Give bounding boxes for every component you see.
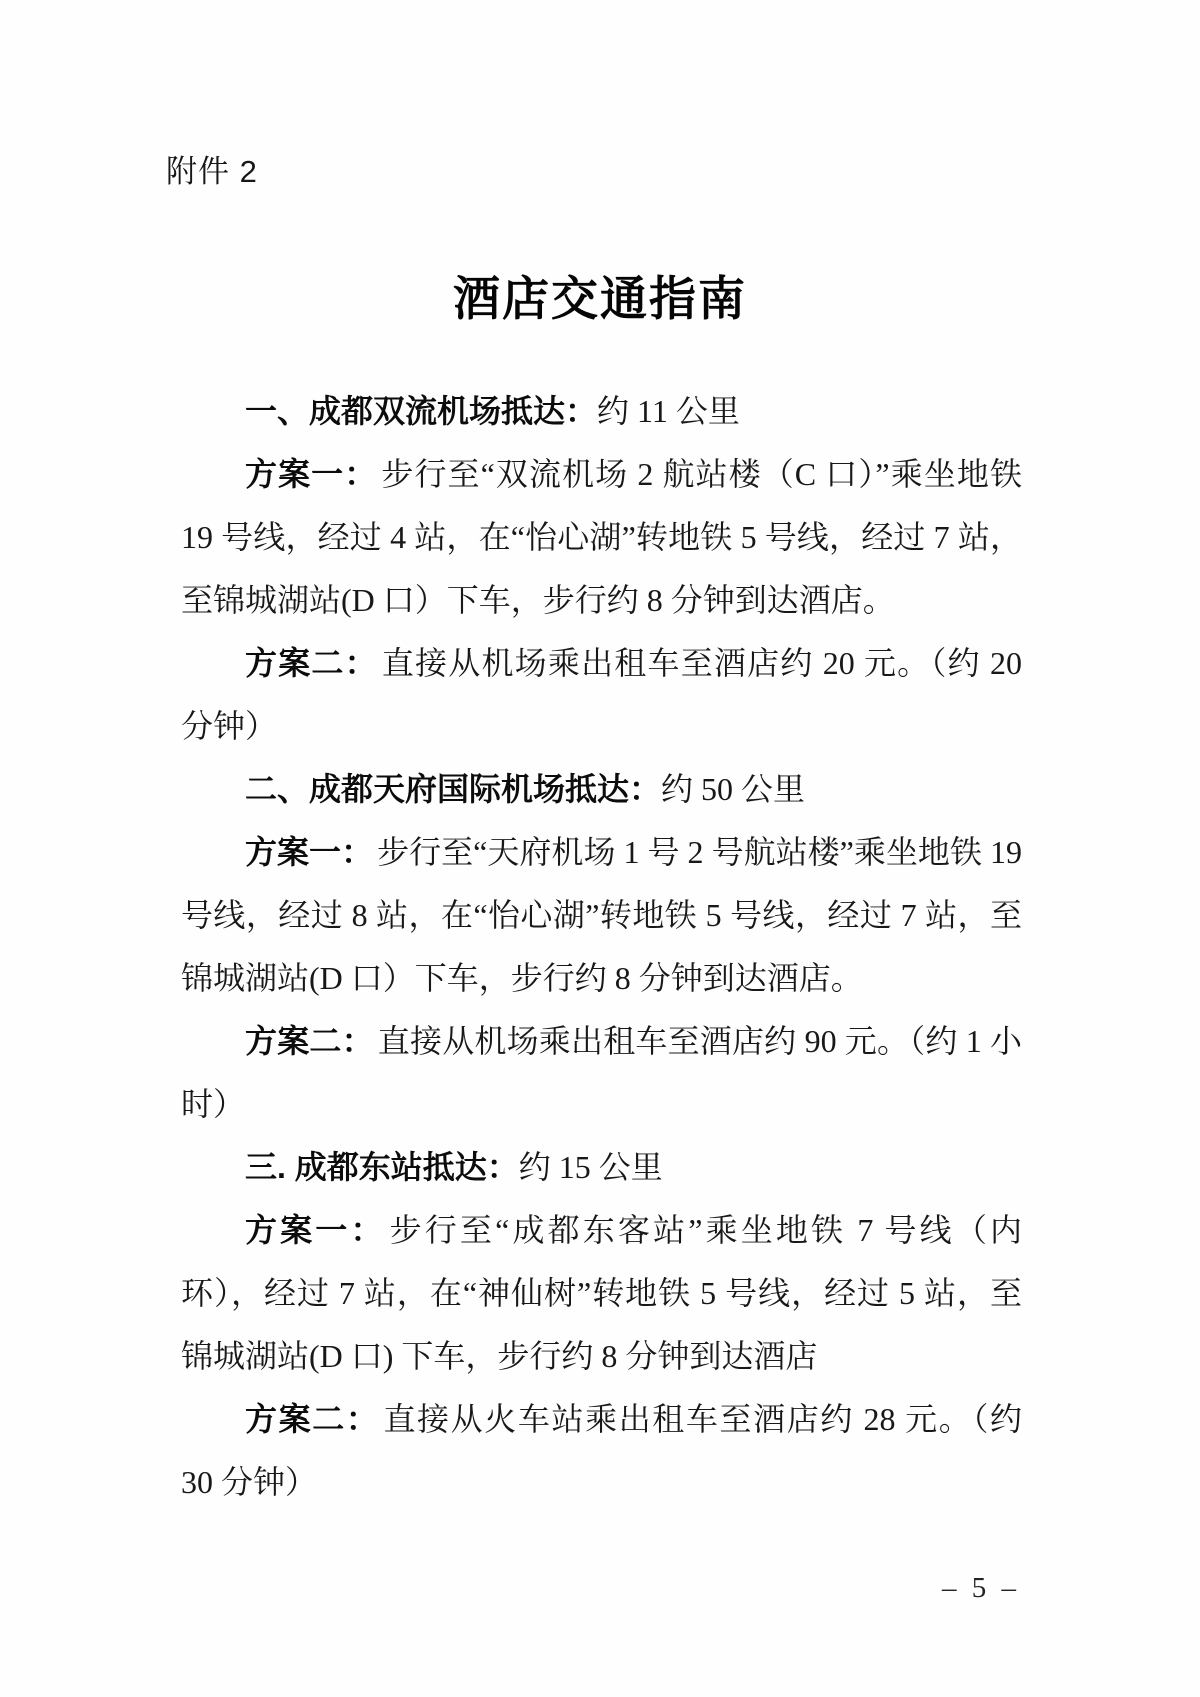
plan-paragraph: 方案二：直接从机场乘出租车至酒店约 90 元。（约 1 小时） [181, 1010, 1022, 1136]
plan-label: 方案一： [245, 456, 381, 492]
plan-label: 方案一： [245, 834, 377, 870]
section-heading-distance: 约 11 公里 [597, 393, 740, 429]
section-heading-title: 三. 成都东站抵达： [245, 1149, 519, 1185]
section-tianfu-airport: 二、成都天府国际机场抵达：约 50 公里 方案一：步行至“天府机场 1 号 2 … [181, 758, 1022, 1136]
section-heading: 二、成都天府国际机场抵达：约 50 公里 [181, 758, 1022, 821]
plan-label: 方案二： [245, 645, 382, 681]
plan-paragraph: 方案一：步行至“双流机场 2 航站楼（C 口）”乘坐地铁 19 号线，经过 4 … [181, 443, 1022, 632]
page-number: – 5 – [942, 1572, 1020, 1605]
plan-paragraph: 方案二：直接从火车站乘出租车至酒店约 28 元。（约 30 分钟） [181, 1388, 1022, 1514]
section-heading-title: 一、成都双流机场抵达： [245, 393, 597, 429]
plan-paragraph: 方案一：步行至“天府机场 1 号 2 号航站楼”乘坐地铁 19 号线，经过 8 … [181, 821, 1022, 1010]
plan-paragraph: 方案二：直接从机场乘出租车至酒店约 20 元。（约 20 分钟） [181, 632, 1022, 758]
section-heading: 三. 成都东站抵达：约 15 公里 [181, 1136, 1022, 1199]
section-heading: 一、成都双流机场抵达：约 11 公里 [181, 380, 1022, 443]
section-heading-title: 二、成都天府国际机场抵达： [245, 771, 661, 807]
document-body: 一、成都双流机场抵达：约 11 公里 方案一：步行至“双流机场 2 航站楼（C … [181, 380, 1022, 1514]
document-title: 酒店交通指南 [0, 262, 1200, 329]
document-page: 附件 2 酒店交通指南 一、成都双流机场抵达：约 11 公里 方案一：步行至“双… [0, 0, 1200, 1697]
section-chengdu-east-station: 三. 成都东站抵达：约 15 公里 方案一：步行至“成都东客站”乘坐地铁 7 号… [181, 1136, 1022, 1514]
attachment-label: 附件 2 [166, 146, 258, 191]
section-shuangliu-airport: 一、成都双流机场抵达：约 11 公里 方案一：步行至“双流机场 2 航站楼（C … [181, 380, 1022, 758]
plan-label: 方案二： [245, 1401, 383, 1437]
section-heading-distance: 约 50 公里 [661, 771, 805, 807]
plan-label: 方案二： [245, 1023, 378, 1059]
plan-paragraph: 方案一：步行至“成都东客站”乘坐地铁 7 号线（内环），经过 7 站，在“神仙树… [181, 1199, 1022, 1388]
section-heading-distance: 约 15 公里 [519, 1149, 663, 1185]
plan-label: 方案一： [245, 1212, 390, 1248]
